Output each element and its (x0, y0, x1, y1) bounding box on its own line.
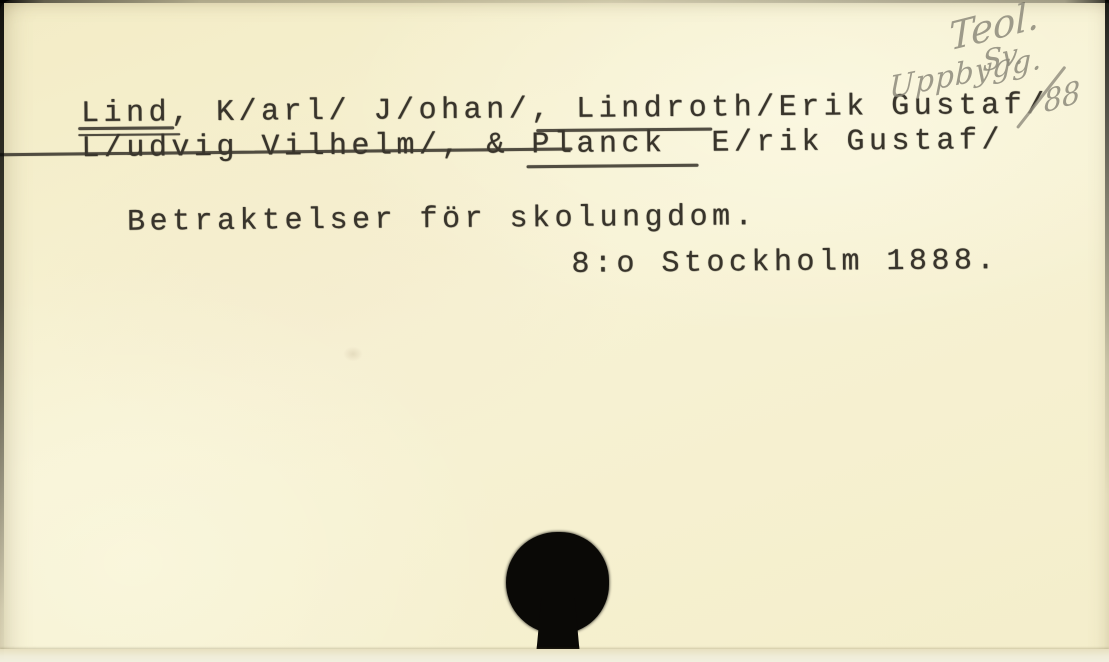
author-forenames-3: E/rik Gustaf/ (666, 124, 1004, 161)
author-forenames: K/arl/ J/ohan/, (193, 93, 576, 130)
author-name-lindroth: Lindroth (576, 91, 756, 127)
catalog-card: Lind, K/arl/ J/ohan/, Lindroth/Erik Gust… (0, 0, 1109, 662)
scanned-page: Lind, K/arl/ J/ohan/, Lindroth/Erik Gust… (0, 0, 1109, 662)
imprint-line: 8:o Stockholm 1888. (571, 244, 999, 283)
underline-mark-planck (527, 164, 699, 169)
paper-smudge (340, 344, 366, 364)
card-bottom-edge (0, 649, 1109, 662)
author-name-planck: Planck (531, 127, 666, 162)
punch-hole-stem (536, 598, 580, 656)
title-line: Betraktelser för skolungdom. (127, 200, 757, 240)
